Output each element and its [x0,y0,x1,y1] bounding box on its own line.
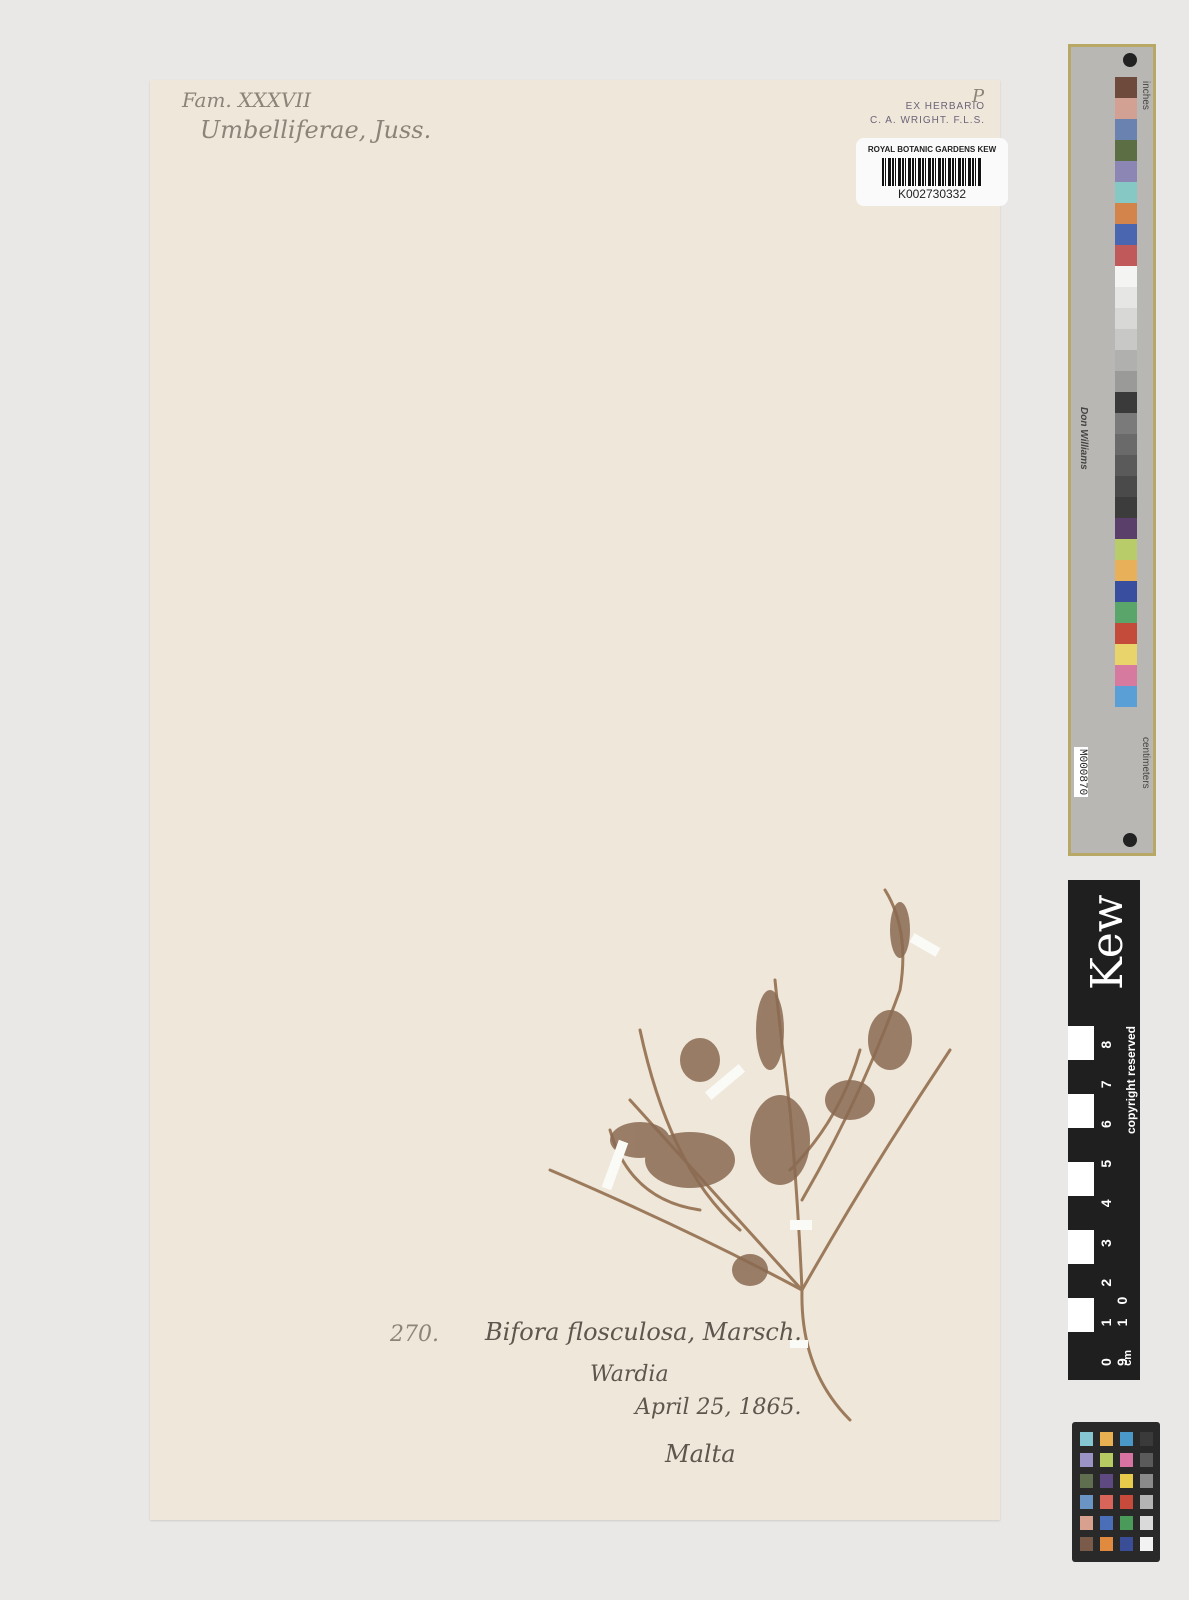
color-swatches [1115,77,1137,707]
checker-patch [1080,1474,1093,1488]
color-swatch [1115,329,1137,350]
color-swatch [1115,308,1137,329]
checker-patch [1140,1432,1153,1446]
centimeters-label: centimeters [1140,737,1151,789]
color-swatch [1115,476,1137,497]
checker-patch [1100,1537,1113,1551]
checker-patch [1120,1432,1133,1446]
checker-patch [1120,1495,1133,1509]
checker-patch [1100,1453,1113,1467]
inches-label: inches [1140,81,1151,110]
kew-logo: Kew [1082,895,1133,990]
color-swatch [1115,392,1137,413]
checker-patch [1120,1537,1133,1551]
stamp-line-1: EX HERBARIO [870,100,985,114]
stamp-line-2: C. A. WRIGHT. F.L.S. [870,114,985,128]
color-swatch [1115,560,1137,581]
color-swatch [1115,350,1137,371]
species-name: Bifora flosculosa, Marsch. [485,1318,802,1346]
color-swatch [1115,266,1137,287]
color-swatch [1115,182,1137,203]
country: Malta [665,1440,736,1468]
barcode-number: K002730332 [856,187,1008,201]
bar-hole-top [1123,53,1137,67]
checker-patch [1100,1495,1113,1509]
collection-date: April 25, 1865. [635,1395,802,1420]
checker-patch [1080,1495,1093,1509]
color-swatch [1115,161,1137,182]
barcode-icon [882,158,982,186]
checker-patch [1080,1537,1093,1551]
locality: Wardia [590,1362,669,1387]
collection-number: 270. [390,1322,439,1347]
color-swatch [1115,497,1137,518]
copyright-text: copyright reserved [1124,1026,1138,1134]
color-swatch [1115,665,1137,686]
color-swatch [1115,77,1137,98]
color-swatch [1115,455,1137,476]
bar-hole-bottom [1123,833,1137,847]
checker-patch [1100,1474,1113,1488]
checker-patch [1120,1516,1133,1530]
plant-specimen [540,870,980,1430]
checker-patch [1120,1474,1133,1488]
color-swatch [1115,518,1137,539]
checker-patch [1140,1495,1153,1509]
color-swatch [1115,686,1137,707]
checker-patch [1100,1432,1113,1446]
color-calibration-bar: inches centimeters Don Williams M000870 [1068,44,1156,856]
checker-patch [1140,1474,1153,1488]
color-swatch [1115,623,1137,644]
brand-label: Don Williams [1078,407,1089,470]
color-swatch [1115,224,1137,245]
family-name-note: Umbelliferae, Juss. [200,116,431,144]
checker-patch [1080,1432,1093,1446]
checker-patch [1120,1453,1133,1467]
kew-scale-bar: Kew 0 1 2 3 4 5 6 7 8 9 10 copyright res… [1068,880,1140,1380]
barcode-institution: ROYAL BOTANIC GARDENS KEW [856,145,1008,154]
checker-patch [1080,1453,1093,1467]
color-checker-card [1072,1422,1160,1562]
barcode-label: ROYAL BOTANIC GARDENS KEW K002730332 [856,138,1008,206]
color-swatch [1115,119,1137,140]
color-swatch [1115,371,1137,392]
color-swatch [1115,203,1137,224]
herbarium-stamp: EX HERBARIO C. A. WRIGHT. F.L.S. [870,100,985,128]
color-swatch [1115,140,1137,161]
color-swatch [1115,581,1137,602]
family-number-note: Fam. XXXVII [182,88,311,112]
color-swatch [1115,245,1137,266]
checker-patch [1140,1537,1153,1551]
color-swatch [1115,98,1137,119]
color-swatch [1115,434,1137,455]
checker-patch [1140,1516,1153,1530]
color-swatch [1115,413,1137,434]
color-swatch [1115,287,1137,308]
cm-scale [1068,1026,1094,1366]
unit-label: cm [1122,1350,1134,1366]
color-swatch [1115,602,1137,623]
checker-patch [1080,1516,1093,1530]
color-swatch [1115,644,1137,665]
color-swatch [1115,539,1137,560]
checker-patch [1140,1453,1153,1467]
checker-patch [1100,1516,1113,1530]
bar-code-label: M000870 [1074,747,1088,797]
